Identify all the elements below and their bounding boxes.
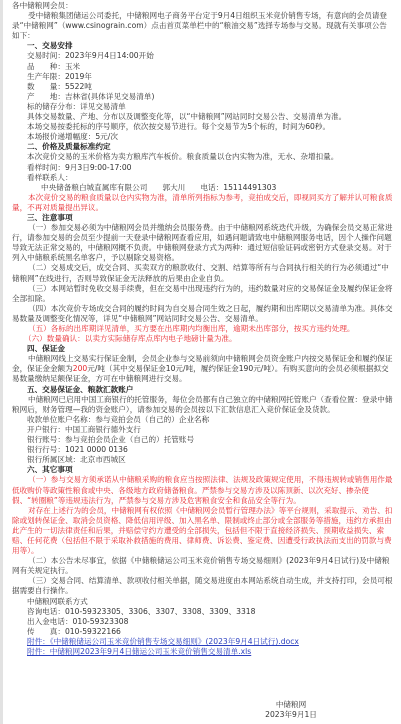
trade-time: 交易时间：2023年9月4日14:00开始 bbox=[12, 51, 393, 61]
order-note: 本场交易按委托标的序号顺序，依次按交易节进行。每个交易节为5个标的，时间为60秒… bbox=[12, 122, 393, 132]
signature-block: 中储粮网 2023年9月1日 bbox=[251, 700, 331, 720]
section-1-title: 一、交易安排 bbox=[12, 41, 393, 51]
bank-account: 银行账号：参与竞拍会员企业（自己的）托管账号 bbox=[12, 435, 393, 445]
greeting: 各中储粮网会员： bbox=[12, 1, 393, 11]
other-item-2: （二）本公告未尽事宜，依据《中储粮储运公司玉米竞价销售专场交易细则》(2023年… bbox=[12, 556, 393, 576]
other-item-1: （一）参与交易方须承诺从中储粮采购的粮食应当按照法律、法规及政策规定使用，不得违… bbox=[12, 475, 393, 505]
price-increment: 本场报价递增幅度：5元/次 bbox=[12, 132, 393, 142]
quality-warning: 本次竞价交易的粮食质量以仓内实物为准，清单所列指标为参考，竞拍成交后，即视同买方… bbox=[12, 193, 393, 213]
notice-item-4: （四）本次竞价专场成交合同的履约时间为自交易合同生效之日起，履约期和出库期以交易… bbox=[12, 304, 393, 324]
intro-paragraph: 受中储粮集团储运公司委托，中储粮网电子商务平台定于9月4日组织玉米竞价销售专场，… bbox=[12, 11, 393, 41]
signature-date: 2023年9月1日 bbox=[251, 710, 331, 720]
quantity: 数 量：5522吨 bbox=[12, 82, 393, 92]
attachment-list-xls-link[interactable]: 附件：中储粮网2023年9月4日储运公司玉米竞价销售交易清单.xls bbox=[12, 647, 393, 657]
custody-paragraph: 中储粮网已启用中国工商银行的托管服务，每位会员都有自己独立的中储粮网托管账户（查… bbox=[12, 395, 393, 415]
notice-item-1: （一）参加交易必须为中储粮网会员并缴纳会员服务费。由于中储粮网系统迭代升级，为确… bbox=[12, 223, 393, 263]
attachment-rules-docx-link[interactable]: 附件：《中储粮储运公司玉米竞价销售专场交易细则》(2023年9月4日试行).do… bbox=[12, 637, 393, 647]
production-year: 生产年限：2019年 bbox=[12, 72, 393, 82]
signature-org: 中储粮网 bbox=[251, 700, 331, 710]
origin: 产 地：吉林省(具体详见交易清单) bbox=[12, 92, 393, 102]
notice-item-5: （五）各标的出库期详见清单，买方要在出库期内均衡出库，逾期未出库部分，按买方违约… bbox=[12, 324, 393, 334]
section-3-title: 三、注意事项 bbox=[12, 213, 393, 223]
inspection-contact-label: 看样联系人： bbox=[12, 173, 393, 183]
notice-item-6: （六）数量确认：以卖方实际储存库点库内电子地磅计量为准。 bbox=[12, 334, 393, 344]
bank-code: 银行行号：1021 0000 0136 bbox=[12, 445, 393, 455]
bank-region: 银行所属区域：北京市西城区 bbox=[12, 455, 393, 465]
other-item-1-penalty: 对存在上述行为的会员，中储粮网有权依照《中储粮网会员暂行管理办法》等平台规则，采… bbox=[12, 506, 393, 556]
price-note: 本次竞价交易的玉米价格为卖方粮库汽车板价。粮食质量以仓内实物为准，无水、杂增扣量… bbox=[12, 152, 393, 162]
section-6-title: 六、其它事项 bbox=[12, 465, 393, 475]
section-4-title: 四、保证金 bbox=[12, 344, 393, 354]
contact-funds-phone: 出入金电话：010-59323308 bbox=[12, 617, 393, 627]
section-2-title: 二、价格及质量标准约定 bbox=[12, 142, 393, 152]
inspection-contact: 中央储备粮白城直属库有限公司 郭大川 电话：15114491303 bbox=[12, 183, 393, 193]
account-name: 收款单位账户名称：参与竞拍会员（自己的）企业名称 bbox=[12, 415, 393, 425]
other-item-3: （三）交易合同、结算清单、款项收付相关单据，随交易进度由本网站系统自动生成，并支… bbox=[12, 576, 393, 596]
contact-fax: 传 真：010-59322166 bbox=[12, 627, 393, 637]
deposit-paragraph: 中储粮网线上交易实行保证金制，会员企业参与交易前须向中储粮网会员资金账户内按交易… bbox=[12, 354, 393, 384]
bank-name: 开户银行：中国工商银行德外支行 bbox=[12, 425, 393, 435]
contact-title: 中储粮网联系方式 bbox=[12, 597, 393, 607]
detail-note: 具体交易数量、产地、分布以及调整变化等，以“中储粮网”网站同时交易公告、交易清单… bbox=[12, 112, 393, 122]
notice-item-2: （二）交易成交后，成交合同、买卖双方的粮款收付、交割、结算等所有与合同执行相关的… bbox=[12, 263, 393, 283]
variety: 品 种：玉米 bbox=[12, 62, 393, 72]
notice-item-3: （三）本网站暂时免收交易手续费，但在交易中出现违约行为的，违约数量对应的交易保证… bbox=[12, 284, 393, 304]
announcement-document: 各中储粮网会员： 受中储粮集团储运公司委托，中储粮网电子商务平台定于9月4日组织… bbox=[0, 0, 401, 724]
contact-phone: 咨询电话：010-59323305、3306、3307、3308、3309、33… bbox=[12, 607, 393, 617]
deposit-amount: 200 bbox=[73, 364, 88, 373]
inspection-time: 看样时间：9月3日9:00-17:00 bbox=[12, 163, 393, 173]
storage-distribution: 标的储存分布：详见交易清单 bbox=[12, 102, 393, 112]
section-5-title: 五、交易保证金、粮款汇款账户 bbox=[12, 385, 393, 395]
